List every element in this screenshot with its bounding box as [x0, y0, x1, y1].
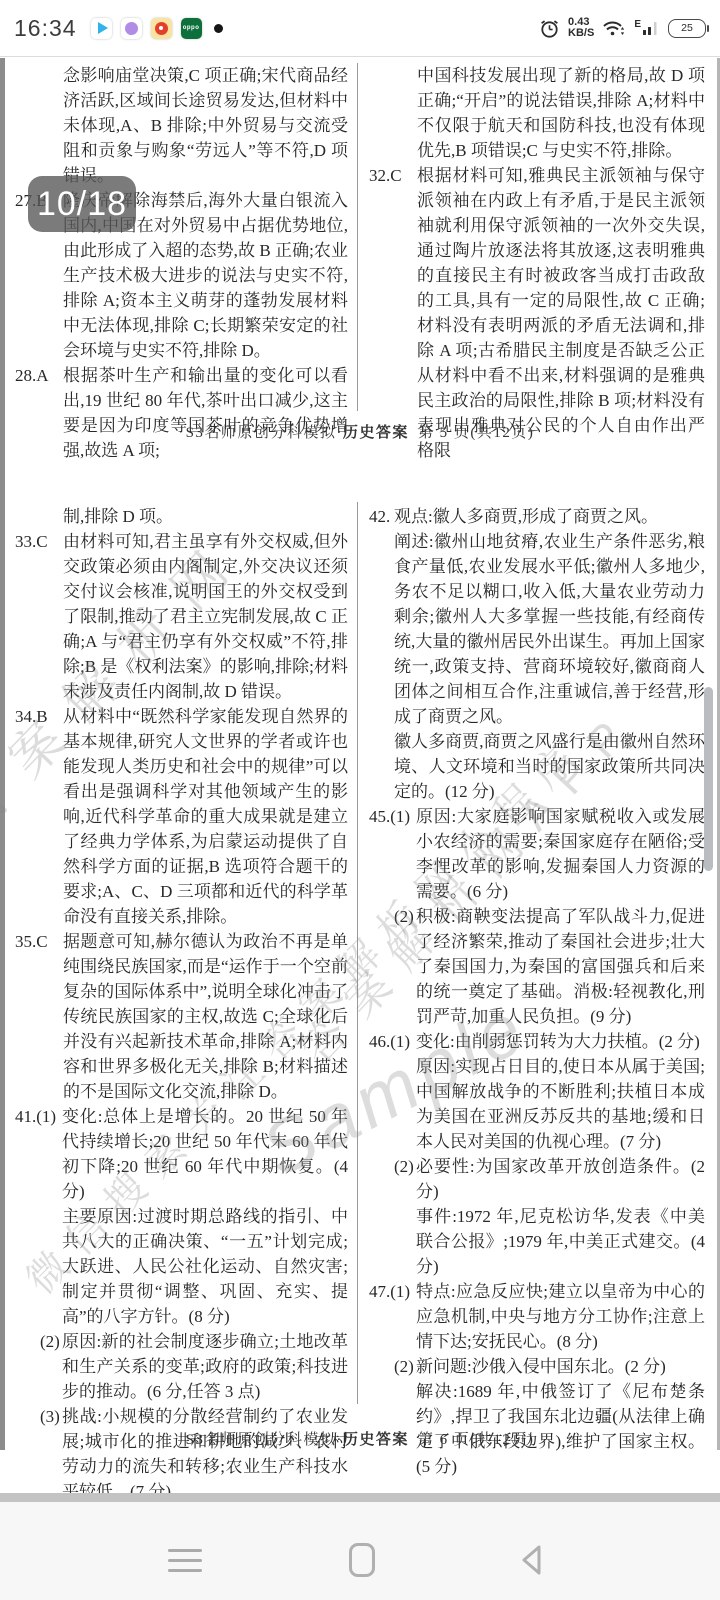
footer-series-title: S3名师原创分科模拟· — [186, 425, 343, 441]
menu-icon — [168, 1549, 202, 1552]
nav-bar — [0, 1502, 720, 1600]
answer-number: (2) — [394, 1154, 414, 1179]
answer-paragraph: 33.C由材料可知,君主虽享有外交权威,但外交政策必须由内阁制定,外交决议还须交… — [15, 529, 348, 704]
answer-number: (2) — [394, 1354, 414, 1379]
answer-number: (2) — [394, 904, 414, 929]
status-bar: 16:34 oppo 0.43 KB/S E — [0, 0, 720, 56]
answer-text: 阐述:徽州山地贫瘠,农业生产条件恶劣,粮食产量低,农业发展水平低;徽州人多地少,… — [394, 532, 705, 726]
video-play-app-icon — [91, 18, 112, 39]
answer-paragraph: 原因:实现占日目的,使日本从属于美国;中国解放战争的不断胜利;扶植日本成为美国在… — [369, 1054, 705, 1154]
back-triangle-icon — [517, 1543, 547, 1577]
alarm-clock-icon — [539, 18, 560, 39]
notification-dot-icon — [214, 24, 223, 33]
page-edge-shadow-left — [0, 58, 5, 1450]
answer-number: 33.C — [15, 529, 48, 554]
network-speed-unit: KB/S — [568, 28, 594, 39]
answer-text: 事件:1972 年,尼克松访华,发表《中美联合公报》;1979 年,中美正式建交… — [416, 1207, 705, 1276]
wifi-icon — [602, 18, 626, 38]
answer-text: 挑战:小规模的分散经营制约了农业发展;城市化的推进和耕地的减少、农村劳动力的流失… — [62, 1407, 348, 1501]
answer-text: 原因:大家庭影响国家赋税收入或发展小农经济的需要;秦国家庭存在陋俗;受李悝改革的… — [416, 807, 705, 901]
answer-number: 47.(1) — [369, 1279, 410, 1304]
answer-paragraph: (2)原因:新的社会制度逐步确立;土地改革和生产关系的变革;政府的政策;科技进步… — [15, 1329, 348, 1404]
answer-text: 主要原因:过渡时期总路线的指引、中共八大的正确决策、“一五”计划完成;大跃进、人… — [62, 1207, 348, 1326]
answer-text: 原因:实现占日目的,使日本从属于美国;中国解放战争的不断胜利;扶植日本成为美国在… — [416, 1057, 705, 1151]
answer-text: 念影响庙堂决策,C 项正确;宋代商品经济活跃,区域间长途贸易发达,但材料中未体现… — [63, 66, 348, 185]
scrollbar-thumb[interactable] — [704, 687, 713, 871]
answer-paragraph: 事件:1972 年,尼克松访华,发表《中美联合公报》;1979 年,中美正式建交… — [369, 1204, 705, 1279]
answer-text: 必要性:为国家改革开放创造条件。(2 分) — [416, 1157, 705, 1201]
page-indicator-badge: 10/18 — [28, 176, 136, 232]
answer-text: 从材料中“既然科学家能发现自然界的基本规律,研究人文世界的学者或许也能发现人类历… — [63, 707, 348, 926]
answer-paragraph: 徽人多商贾,商贾之风盛行是由徽州自然环境、人文环境和当时的国家政策所共同决定的。… — [369, 729, 705, 804]
page-footer: S3名师原创分科模拟·历史答案第 5 页(共12页) — [0, 423, 720, 443]
answer-text: 制,排除 D 项。 — [63, 507, 173, 526]
answer-paragraph: (3)挑战:小规模的分散经营制约了农业发展;城市化的推进和耕地的减少、农村劳动力… — [15, 1404, 348, 1504]
answer-paragraph: 中国科技发展出现了新的格局,故 D 项正确;“开启”的说法错误,排除 A;材料中… — [369, 63, 705, 163]
network-type-letter: E — [634, 20, 641, 30]
answer-text: 根据材料可知,雅典民主派领袖与保守派领袖在内政上有矛盾,于是民主派领袖就利用保守… — [417, 166, 705, 460]
answer-number: 46.(1) — [369, 1029, 410, 1054]
answer-paragraph: 念影响庙堂决策,C 项正确;宋代商品经济活跃,区域间长途贸易发达,但材料中未体现… — [15, 63, 348, 188]
answer-number: 35.C — [15, 929, 48, 954]
answer-text: 中国科技发展出现了新的格局,故 D 项正确;“开启”的说法错误,排除 A;材料中… — [417, 66, 705, 160]
page5-left-column: 念影响庙堂决策,C 项正确;宋代商品经济活跃,区域间长途贸易发达,但材料中未体现… — [15, 63, 348, 463]
answer-text: 原因:新的社会制度逐步确立;土地改革和生产关系的变革;政府的政策;科技进步的推动… — [62, 1332, 348, 1401]
play-icon — [98, 22, 108, 34]
page-footer: S3名师原创分科模拟·历史答案第 6 页(共12页) — [0, 1430, 720, 1450]
answer-paragraph: (2)必要性:为国家改革开放创造条件。(2 分) — [369, 1154, 705, 1204]
answer-text: 据题意可知,赫尔德认为政治不再是单纯围绕民族国家,而是“运作于一个空前复杂的国际… — [63, 932, 348, 1101]
answer-text: 变化:由削弱惩罚转为大力扶植。(2 分) — [416, 1032, 700, 1051]
network-speed: 0.43 KB/S — [568, 17, 594, 39]
page6-right-column: 42.观点:徽人多商贾,形成了商贾之风。阐述:徽州山地贫瘠,农业生产条件恶劣,粮… — [369, 504, 705, 1479]
answer-paragraph: (2)积极:商鞅变法提高了军队战斗力,促进了经济繁荣,推动了秦国社会进步;壮大了… — [369, 904, 705, 1029]
answer-text: 解决:1689 年,中俄签订了《尼布楚条约》,捍卫了我国东北边疆(从法律上确定了… — [416, 1382, 705, 1476]
answer-text: 新问题:沙俄入侵中国东北。(2 分) — [416, 1357, 666, 1376]
answer-text: 由材料可知,君主虽享有外交权威,但外交政策必须由内阁制定,外交决议还须交付议会核… — [63, 532, 348, 701]
page5-right-column: 中国科技发展出现了新的格局,故 D 项正确;“开启”的说法错误,排除 A;材料中… — [369, 63, 705, 463]
answer-paragraph: 32.C根据材料可知,雅典民主派领袖与保守派领袖在内政上有矛盾,于是民主派领袖就… — [369, 163, 705, 463]
answer-page-5: 念影响庙堂决策,C 项正确;宋代商品经济活跃,区域间长途贸易发达,但材料中未体现… — [0, 57, 720, 455]
answer-text: 积极:商鞅变法提高了军队战斗力,促进了经济繁荣,推动了秦国社会进步;壮大了秦国国… — [416, 907, 705, 1026]
column-divider — [357, 502, 358, 1404]
answer-text: 徽人多商贾,商贾之风盛行是由徽州自然环境、人文环境和当时的国家政策所共同决定的。… — [394, 732, 705, 801]
answer-number: 45.(1) — [369, 804, 410, 829]
answer-number: 32.C — [369, 163, 402, 188]
answer-number: 28.A — [15, 363, 49, 388]
answer-number: (3) — [40, 1404, 60, 1429]
answer-paragraph: 45.(1)原因:大家庭影响国家赋税收入或发展小农经济的需要;秦国家庭存在陋俗;… — [369, 804, 705, 904]
answer-text: 根据茶叶生产和输出量的变化可以看出,19 世纪 80 年代,茶叶出口减少,这主要… — [63, 366, 348, 460]
column-divider — [357, 63, 358, 411]
weibo-app-icon — [151, 18, 172, 39]
answer-paragraph: 41.(1)变化:总体上是增长的。20 世纪 50 年代持续增长;20 世纪 5… — [15, 1104, 348, 1204]
answer-paragraph: 42.观点:徽人多商贾,形成了商贾之风。 — [369, 504, 705, 529]
answer-number: 42. — [369, 504, 390, 529]
footer-subject: 历史答案 — [343, 1432, 409, 1448]
answer-paragraph: (2)新问题:沙俄入侵中国东北。(2 分) — [369, 1354, 705, 1379]
answer-paragraph: 35.C据题意可知,赫尔德认为政治不再是单纯围绕民族国家,而是“运作于一个空前复… — [15, 929, 348, 1104]
answer-paragraph: 解决:1689 年,中俄签订了《尼布楚条约》,捍卫了我国东北边疆(从法律上确定了… — [369, 1379, 705, 1479]
answer-number: 41.(1) — [15, 1104, 56, 1129]
status-bar-right: 0.43 KB/S E 25 — [539, 17, 706, 39]
answer-paragraph: 主要原因:过渡时期总路线的指引、中共八大的正确决策、“一五”计划完成;大跃进、人… — [15, 1204, 348, 1329]
answer-paragraph: 28.A根据茶叶生产和输出量的变化可以看出,19 世纪 80 年代,茶叶出口减少… — [15, 363, 348, 463]
clock-time: 16:34 — [14, 15, 77, 42]
home-icon — [349, 1543, 375, 1577]
answer-number: 34.B — [15, 704, 48, 729]
answer-page-6: 制,排除 D 项。33.C由材料可知,君主虽享有外交权威,但外交政策必须由内阁制… — [0, 478, 720, 1490]
footer-series-title: S3名师原创分科模拟· — [186, 1432, 343, 1448]
home-button[interactable] — [332, 1538, 392, 1582]
answer-text: 变化:总体上是增长的。20 世纪 50 年代持续增长;20 世纪 50 年代末 … — [62, 1107, 348, 1201]
battery-indicator: 25 — [668, 19, 706, 38]
back-button[interactable] — [502, 1538, 562, 1582]
document-bottom-edge — [0, 1493, 720, 1502]
recents-button[interactable] — [155, 1538, 215, 1582]
answer-text: 特点:应急反应快;建立以皇帝为中心的应急机制,中央与地方分工协作;注意上情下达;… — [416, 1282, 705, 1351]
footer-subject: 历史答案 — [343, 425, 409, 441]
answer-paragraph: 47.(1)特点:应急反应快;建立以皇帝为中心的应急机制,中央与地方分工协作;注… — [369, 1279, 705, 1354]
answer-paragraph: 46.(1)变化:由削弱惩罚转为大力扶植。(2 分) — [369, 1029, 705, 1054]
answer-paragraph: 34.B从材料中“既然科学家能发现自然界的基本规律,研究人文世界的学者或许也能发… — [15, 704, 348, 929]
purple-app-icon — [121, 18, 142, 39]
footer-page-number: 第 5 页(共12页) — [418, 425, 535, 441]
weibo-eye-icon — [155, 22, 168, 35]
answer-number: (2) — [40, 1329, 60, 1354]
circle-icon — [125, 22, 138, 35]
answer-paragraph: 阐述:徽州山地贫瘠,农业生产条件恶劣,粮食产量低,农业发展水平低;徽州人多地少,… — [369, 529, 705, 729]
page6-left-column: 制,排除 D 项。33.C由材料可知,君主虽享有外交权威,但外交政策必须由内阁制… — [15, 504, 348, 1504]
answer-text: 观点:徽人多商贾,形成了商贾之风。 — [394, 507, 658, 526]
answer-paragraph: 制,排除 D 项。 — [15, 504, 348, 529]
oppo-store-app-icon: oppo — [181, 18, 202, 39]
cell-signal: E — [634, 20, 660, 36]
signal-bars-icon — [642, 20, 660, 36]
footer-page-number: 第 6 页(共12页) — [418, 1432, 535, 1448]
